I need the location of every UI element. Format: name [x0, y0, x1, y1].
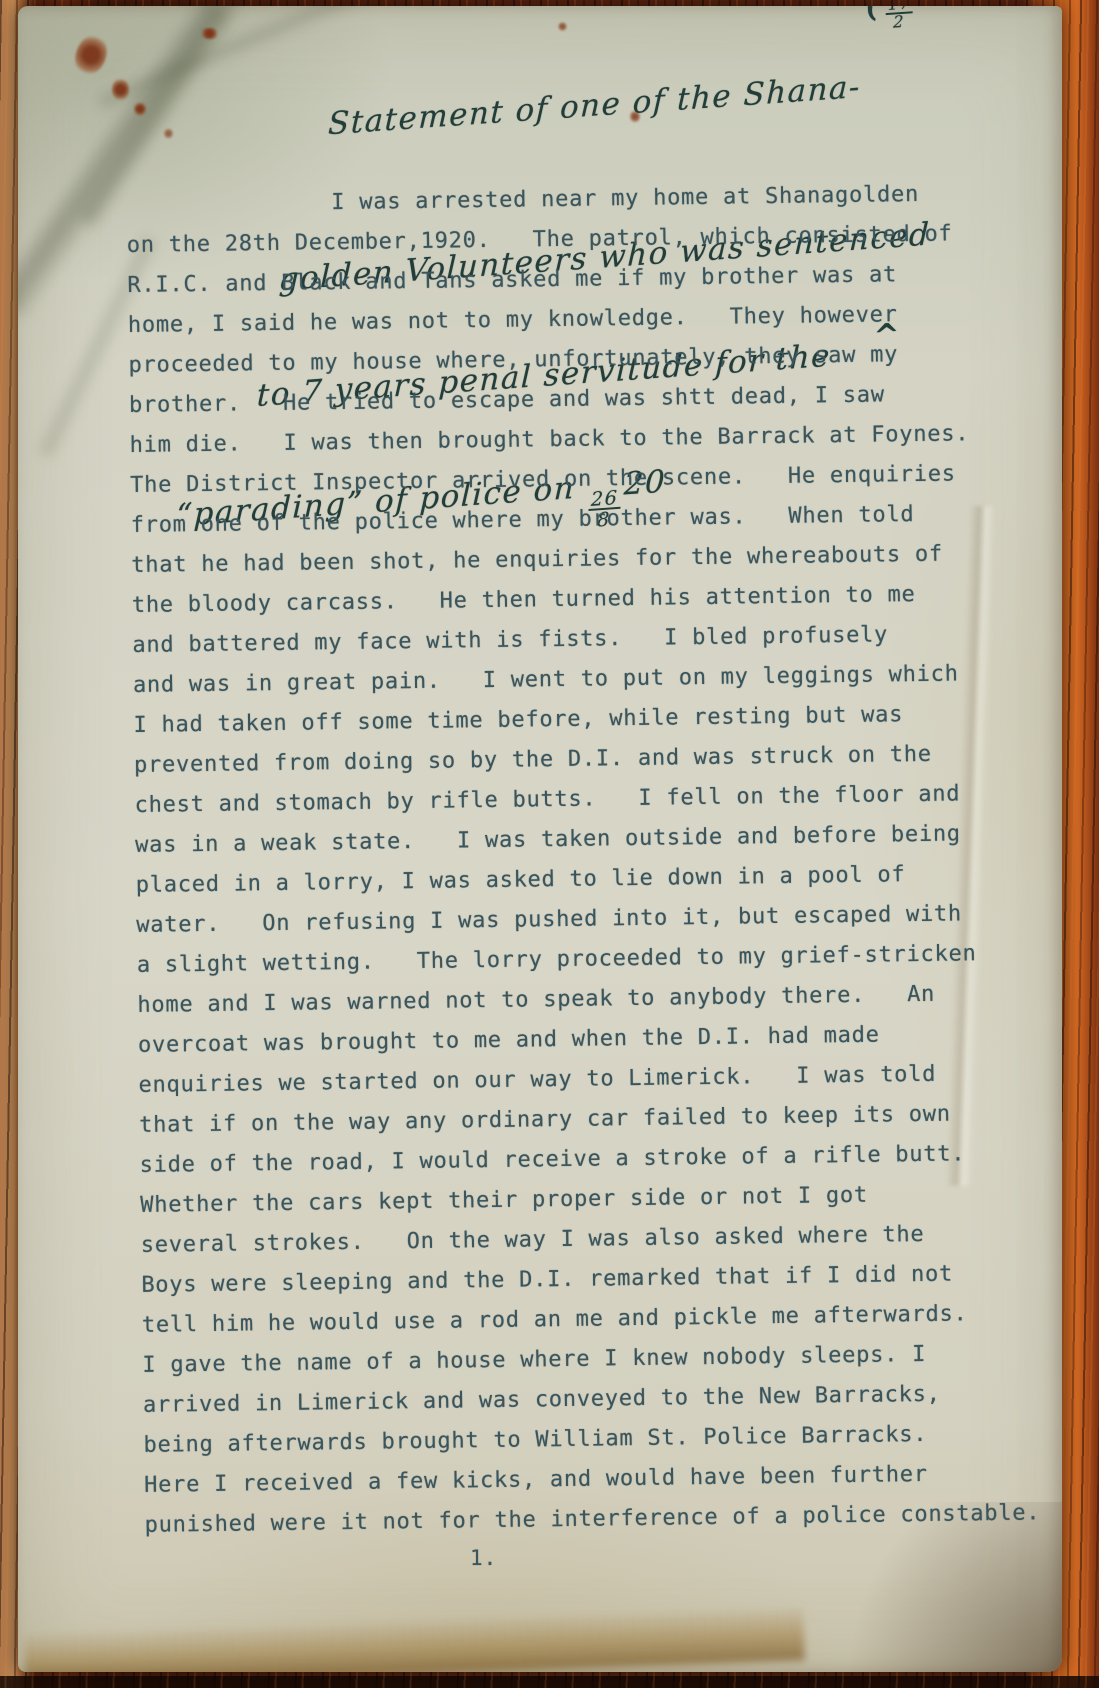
paper-shadow — [23, 1604, 804, 1672]
rust-stain — [70, 30, 113, 80]
date-fraction: 172 — [885, 6, 914, 32]
annotation-text: Statement of one of the Shana- — [327, 69, 861, 142]
date-year: -21) — [916, 6, 975, 8]
typed-statement: I was arrested near my home at Shanagold… — [126, 173, 1062, 1546]
annotation-date: (172-21) — [864, 6, 975, 33]
annotation-line: Statement of one of the Shana- — [327, 56, 1029, 143]
paper-sheet: Statement of one of the Shana- (172-21) … — [18, 6, 1062, 1672]
paren: ( — [864, 6, 884, 26]
photo-of-document: Statement of one of the Shana- (172-21) … — [0, 0, 1099, 1688]
page-number: 1. — [470, 1546, 497, 1570]
